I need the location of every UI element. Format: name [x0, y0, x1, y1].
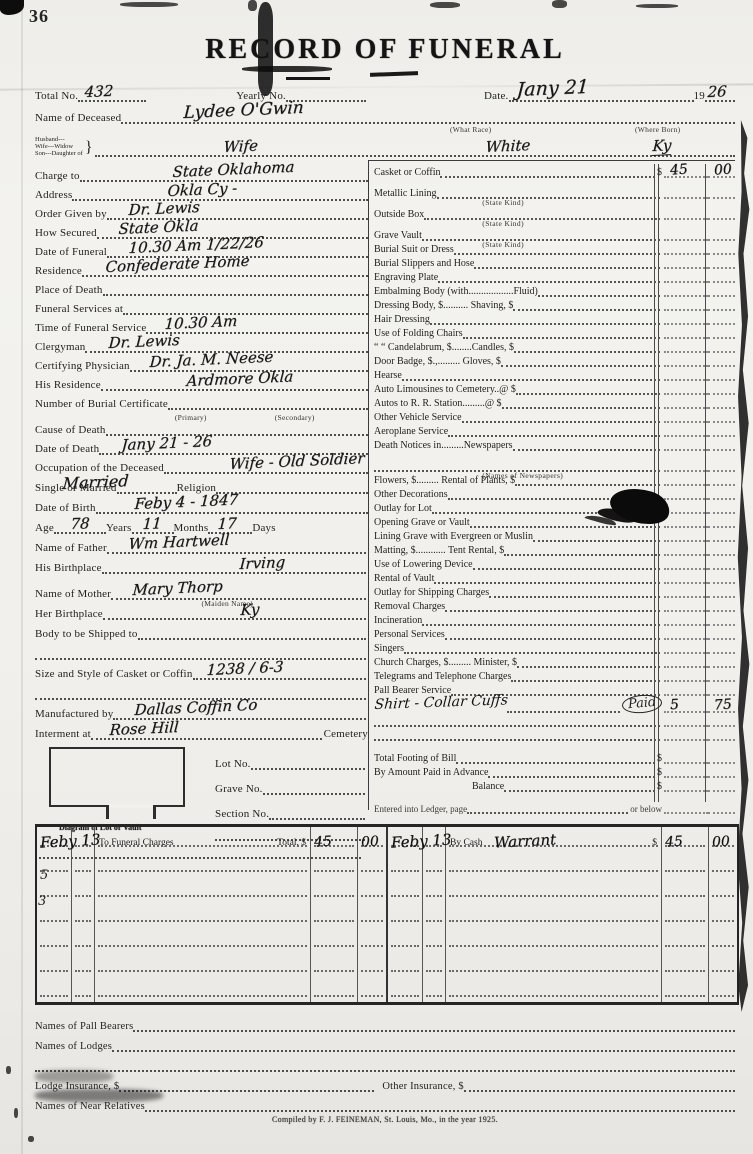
charge-leader — [374, 449, 660, 472]
field-line: Rose Hill — [91, 718, 322, 740]
field-line — [106, 408, 368, 436]
form-field-row — [35, 640, 368, 660]
field-line — [123, 294, 368, 315]
charge-leader — [467, 798, 628, 814]
section-no-field — [269, 793, 365, 820]
field-label: Place of Death — [35, 284, 103, 296]
ledger-date-cell: Feby 13 — [37, 827, 72, 852]
charge-label: Grave Vault — [374, 230, 422, 241]
relation-labels: Husband--- Wife---Widow Son---Daughter o… — [35, 136, 83, 157]
field-handwritten-value: Wife - Old Soldier — [229, 449, 365, 473]
field-label: Residence — [35, 265, 82, 277]
field-line — [138, 618, 366, 640]
field-caption-1: (Primary) — [175, 413, 207, 422]
charge-label: Burial Suit or Dress — [374, 244, 454, 255]
form-columns: Charge to State Oklahoma Address Okla Cy… — [35, 160, 735, 810]
charge-row: Outside Box (State Kind) — [374, 199, 735, 220]
charge-amount-dollars — [664, 218, 708, 241]
total-no-field: 432 — [78, 78, 146, 102]
charge-label: Shirt - Collar Cuffs — [374, 692, 508, 713]
field-handwritten-value: Ky — [240, 600, 260, 619]
year-field: 26 — [705, 78, 735, 102]
form-field-row: Manufactured by Dallas Coffin Co — [35, 700, 368, 720]
extra-dotted-row — [35, 1052, 735, 1072]
field-label: Interment at — [35, 728, 91, 740]
form-field-row: His Birthplace Irving — [35, 554, 368, 574]
charge-row: (Names of Newspapers) — [374, 451, 735, 472]
charge-label: Auto Limousines to Cemetery..@ $ — [374, 384, 516, 395]
field-handwritten-value: 10.30 Am — [164, 312, 238, 333]
field-line: Ardmore Okla — [101, 370, 368, 391]
charge-tail: $ — [657, 781, 662, 792]
form-field-row: Name of Mother Mary Thorp (Maiden Name) — [35, 574, 368, 600]
charge-amount-cents — [708, 725, 735, 741]
field-line: 1238 / 6-3 — [193, 658, 366, 680]
field-handwritten-value: Wm Hartwell — [128, 531, 230, 553]
header-line-numbers: Total No. 432 Yearly No. Date. Jany 21 1… — [35, 80, 735, 102]
charges-list: Casket or Coffin $ 45 00 — [374, 164, 735, 810]
charge-row — [374, 727, 735, 741]
ledger-desc-left: To Funeral Charges Total, $ — [95, 827, 311, 852]
right-column: Casket or Coffin $ 45 00 — [368, 160, 735, 810]
born-value: Ky — [652, 136, 672, 156]
lodges-row: Names of Lodges — [35, 1032, 735, 1052]
charge-label: Balance — [472, 781, 504, 792]
charge-amount-cents — [708, 197, 735, 220]
charge-label: Incineration — [374, 615, 422, 626]
form-field-row: Name of Father Wm Hartwell — [35, 534, 368, 554]
pall-bearers-field — [133, 1010, 735, 1032]
lodge-insurance-label: Lodge Insurance, $ — [35, 1081, 119, 1092]
charge-label: Casket or Coffin — [374, 167, 440, 178]
relation-field: Wife White Ky — [95, 131, 735, 157]
charge-label: Hearse — [374, 370, 402, 381]
grave-no-row: Grave No. — [215, 770, 365, 795]
field-handwritten-value: Jany 21 - 26 — [121, 432, 213, 454]
lot-no-field — [251, 743, 365, 770]
ledger-row-blank — [37, 877, 737, 902]
charge-label: Aeroplane Service — [374, 426, 448, 437]
relation-value: Wife — [223, 136, 258, 156]
section-no-label: Section No. — [215, 808, 269, 820]
field-handwritten-value: 1238 / 6-3 — [206, 658, 284, 679]
field-label: His Residence — [35, 379, 101, 391]
extra-dotted-field — [35, 1050, 735, 1072]
age-years-value: 78 — [70, 514, 90, 533]
near-relatives-label: Names of Near Relatives — [35, 1101, 145, 1112]
field-handwritten-value: Irving — [239, 553, 286, 573]
warrant-handwriting: Warrant — [494, 830, 557, 851]
compiled-by-line: Compiled by F. J. FEINEMAN, St. Louis, M… — [35, 1115, 735, 1124]
charge-label: Rental of Vault — [374, 573, 434, 584]
field-label: Her Birthplace — [35, 608, 103, 620]
dob-field: Feby 4 - 1847 — [96, 492, 368, 514]
page-number: 36 — [29, 6, 49, 27]
field-line: Wife - Old Soldier — [164, 453, 368, 474]
charge-row: Entered into Ledger, page or below — [374, 800, 735, 814]
field-label: Funeral Services at — [35, 303, 123, 315]
ledger-date-right: Feby 13 — [391, 830, 452, 851]
ledger-table: Feby 13 To Funeral Charges Total, $ 45 0… — [35, 824, 739, 1005]
field-line: Okla Cy - — [72, 180, 368, 201]
grave-no-label: Grave No. — [215, 783, 263, 795]
dob-value: Feby 4 - 1847 — [134, 490, 239, 513]
single-married-value: Married — [62, 471, 129, 493]
age-label: Age — [35, 522, 54, 534]
field-line: Ky — [103, 598, 366, 620]
field-handwritten-value: Rose Hill — [109, 718, 179, 739]
field-line: Dr. Lewis — [107, 199, 368, 220]
ledger-row-blank — [37, 927, 737, 952]
charge-row: Metallic Lining (State Kind) — [374, 178, 735, 199]
left-rows-a: Charge to State Oklahoma Address Okla Cy… — [35, 163, 368, 474]
field-handwritten-value: Dr. Ja. M. Neese — [149, 348, 274, 371]
ledger-row-blank — [37, 852, 737, 877]
lot-rows: Lot No. Grave No. Section No. — [215, 745, 365, 820]
charge-leader — [374, 725, 660, 741]
field-label: Name of Father — [35, 542, 107, 554]
relation-brace: } — [85, 139, 93, 157]
other-insurance-field — [464, 1070, 735, 1092]
lot-no-label: Lot No. — [215, 758, 251, 770]
field-handwritten-value: Ardmore Okla — [186, 367, 294, 390]
field-line: Wm Hartwell — [107, 532, 366, 554]
form-field-row: Interment at Rose Hill Cemetery — [35, 720, 368, 740]
charge-amount-cents — [708, 776, 735, 792]
scan-speck — [6, 1066, 11, 1074]
charge-label: Total Footing of Bill — [374, 753, 456, 764]
header-line-name: Name of Deceased Lydee O'Gwin — [35, 102, 735, 124]
charge-label: Entered into Ledger, page — [374, 804, 467, 814]
left-rows-b: Name of Father Wm Hartwell His Birthplac… — [35, 534, 368, 740]
ledger-row-blank — [37, 977, 737, 1002]
field-label: Clergyman — [35, 341, 85, 353]
charge-amount-cents — [708, 798, 735, 814]
ledger-right-half: Feby 13 By Cash Warrant $ 45 00 — [388, 827, 737, 852]
charge-tail: $ — [657, 753, 662, 764]
field-line — [35, 638, 366, 660]
total-no-value: 432 — [84, 82, 114, 101]
date-value: Jany 21 — [516, 76, 589, 101]
race-value: White — [485, 136, 531, 156]
single-married-field: Married — [117, 472, 177, 494]
field-handwritten-value: Okla Cy - — [167, 179, 238, 200]
total-no-label: Total No. — [35, 90, 78, 102]
charge-label: Singers — [374, 643, 404, 654]
form-title: RECORD OF FUNERAL — [35, 34, 735, 66]
scan-speck — [14, 1108, 18, 1118]
field-label: Name of Mother — [35, 588, 111, 600]
charge-tail: $ — [657, 767, 662, 778]
grave-no-field — [263, 768, 365, 795]
field-label: Date of Death — [35, 443, 99, 455]
ledger-date-cell: Feby 13 — [388, 827, 423, 852]
left-column: Charge to State Oklahoma Address Okla Cy… — [35, 160, 368, 810]
charge-label: Outside Box — [374, 209, 424, 220]
field-line: Irving — [102, 552, 366, 574]
age-years-field: 78 — [54, 512, 106, 534]
lot-no-row: Lot No. — [215, 745, 365, 770]
paper-crease-vertical — [21, 0, 23, 1154]
charge-leader — [437, 176, 661, 199]
field-label: Cause of Death — [35, 424, 106, 436]
form-field-row: Body to be Shipped to — [35, 620, 368, 640]
charge-label: Opening Grave or Vault — [374, 517, 470, 528]
field-line — [35, 678, 366, 700]
field-line: Mary Thorp — [111, 572, 366, 600]
field-line — [168, 389, 368, 410]
charge-tail: or below — [630, 804, 662, 814]
field-line: Confederate Home — [82, 256, 368, 277]
form-field-row: Her Birthplace Ky — [35, 600, 368, 620]
ledger-date-left: Feby 13 — [40, 830, 101, 851]
scan-speck — [28, 1136, 34, 1142]
lodges-field — [112, 1030, 735, 1052]
deceased-name-field: Lydee O'Gwin — [121, 100, 735, 124]
age-months-field: 11 — [132, 512, 174, 534]
charge-label: Hair Dressing — [374, 314, 430, 325]
charge-amount-dollars — [664, 176, 708, 199]
charge-label: Church Charges, $......... Minister, $ — [374, 657, 517, 668]
near-relatives-row: Names of Near Relatives — [35, 1092, 735, 1112]
field-handwritten-value: State Oklahoma — [172, 158, 295, 181]
charge-leader — [422, 218, 660, 241]
ledger-row-blank — [37, 902, 737, 927]
year-value: 26 — [707, 82, 727, 101]
cemetery-block: Diagram of Lot or Vault Lot No. Grave No… — [35, 743, 368, 835]
charge-label: “ “ Candelabrum, $........Candles, $ — [374, 342, 514, 353]
field-label: How Secured — [35, 227, 97, 239]
field-caption-2: (Secondary) — [275, 413, 315, 422]
charge-amount-dollars — [664, 449, 708, 472]
charge-amount-cents — [708, 449, 735, 472]
section-no-row: Section No. — [215, 795, 365, 820]
ledger-row-entry: Feby 13 To Funeral Charges Total, $ 45 0… — [37, 827, 737, 852]
lodge-insurance-field — [119, 1070, 374, 1092]
date-field: Jany 21 — [509, 78, 694, 102]
form-header: 36 RECORD OF FUNERAL Total No. 432 Yearl… — [35, 0, 735, 157]
charge-row: Grave Vault (State Kind) — [374, 220, 735, 241]
header-line-relation: Husband--- Wife---Widow Son---Daughter o… — [35, 133, 735, 157]
charge-amount-cents — [708, 176, 735, 199]
pall-bearers-row: Names of Pall Bearers — [35, 1012, 735, 1032]
charge-label: Use of Folding Chairs — [374, 328, 463, 339]
charge-amount-dollars — [664, 798, 708, 814]
field-handwritten-value: Dr. Lewis — [128, 198, 200, 219]
insurance-row: Lodge Insurance, $ Other Insurance, $ — [35, 1072, 735, 1092]
field-handwritten-value: State Okla — [118, 216, 199, 238]
form-field-row: Size and Style of Casket or Coffin 1238 … — [35, 660, 368, 680]
field-handwritten-value: Confederate Home — [105, 252, 250, 276]
form-footer: Names of Pall Bearers Names of Lodges Lo… — [35, 1012, 735, 1124]
ledger-row-blank — [37, 952, 737, 977]
charge-amount-dollars — [664, 725, 708, 741]
deceased-name-value: Lydee O'Gwin — [183, 98, 304, 123]
ledger-left-half: Feby 13 To Funeral Charges Total, $ 45 0… — [37, 827, 388, 852]
field-handwritten-value: Dallas Coffin Co — [134, 696, 258, 719]
dob-row: Date of Birth Feby 4 - 1847 — [35, 494, 368, 514]
deceased-name-label: Name of Deceased — [35, 112, 121, 124]
age-months-value: 11 — [142, 514, 162, 533]
charge-amount-dollars — [664, 197, 708, 220]
ledger-desc-right: By Cash Warrant $ — [446, 827, 662, 852]
charge-label: By Amount Paid in Advance — [374, 767, 488, 778]
field-tail-label: Cemetery — [324, 728, 368, 740]
scan-corner-blob — [0, 0, 24, 15]
charge-leader — [424, 197, 660, 220]
field-label: Address — [35, 189, 72, 201]
funeral-record-page: 36 RECORD OF FUNERAL Total No. 432 Yearl… — [0, 0, 753, 1154]
lot-diagram-box — [49, 747, 185, 807]
ledger-blank-rows — [37, 852, 737, 1002]
charge-leader — [504, 776, 655, 792]
charge-amount-cents — [708, 218, 735, 241]
field-handwritten-value: Mary Thorp — [132, 577, 223, 599]
field-line: Dallas Coffin Co — [113, 698, 366, 720]
field-label: His Birthplace — [35, 562, 102, 574]
field-handwritten-value: Dr. Lewis — [108, 331, 180, 352]
charge-label: Outlay for Lot — [374, 503, 432, 514]
charge-label: Engraving Plate — [374, 272, 438, 283]
charge-row: Balance $ — [374, 778, 735, 792]
charge-amount-dollars — [664, 776, 708, 792]
field-line — [103, 275, 368, 296]
near-relatives-field — [145, 1090, 735, 1112]
